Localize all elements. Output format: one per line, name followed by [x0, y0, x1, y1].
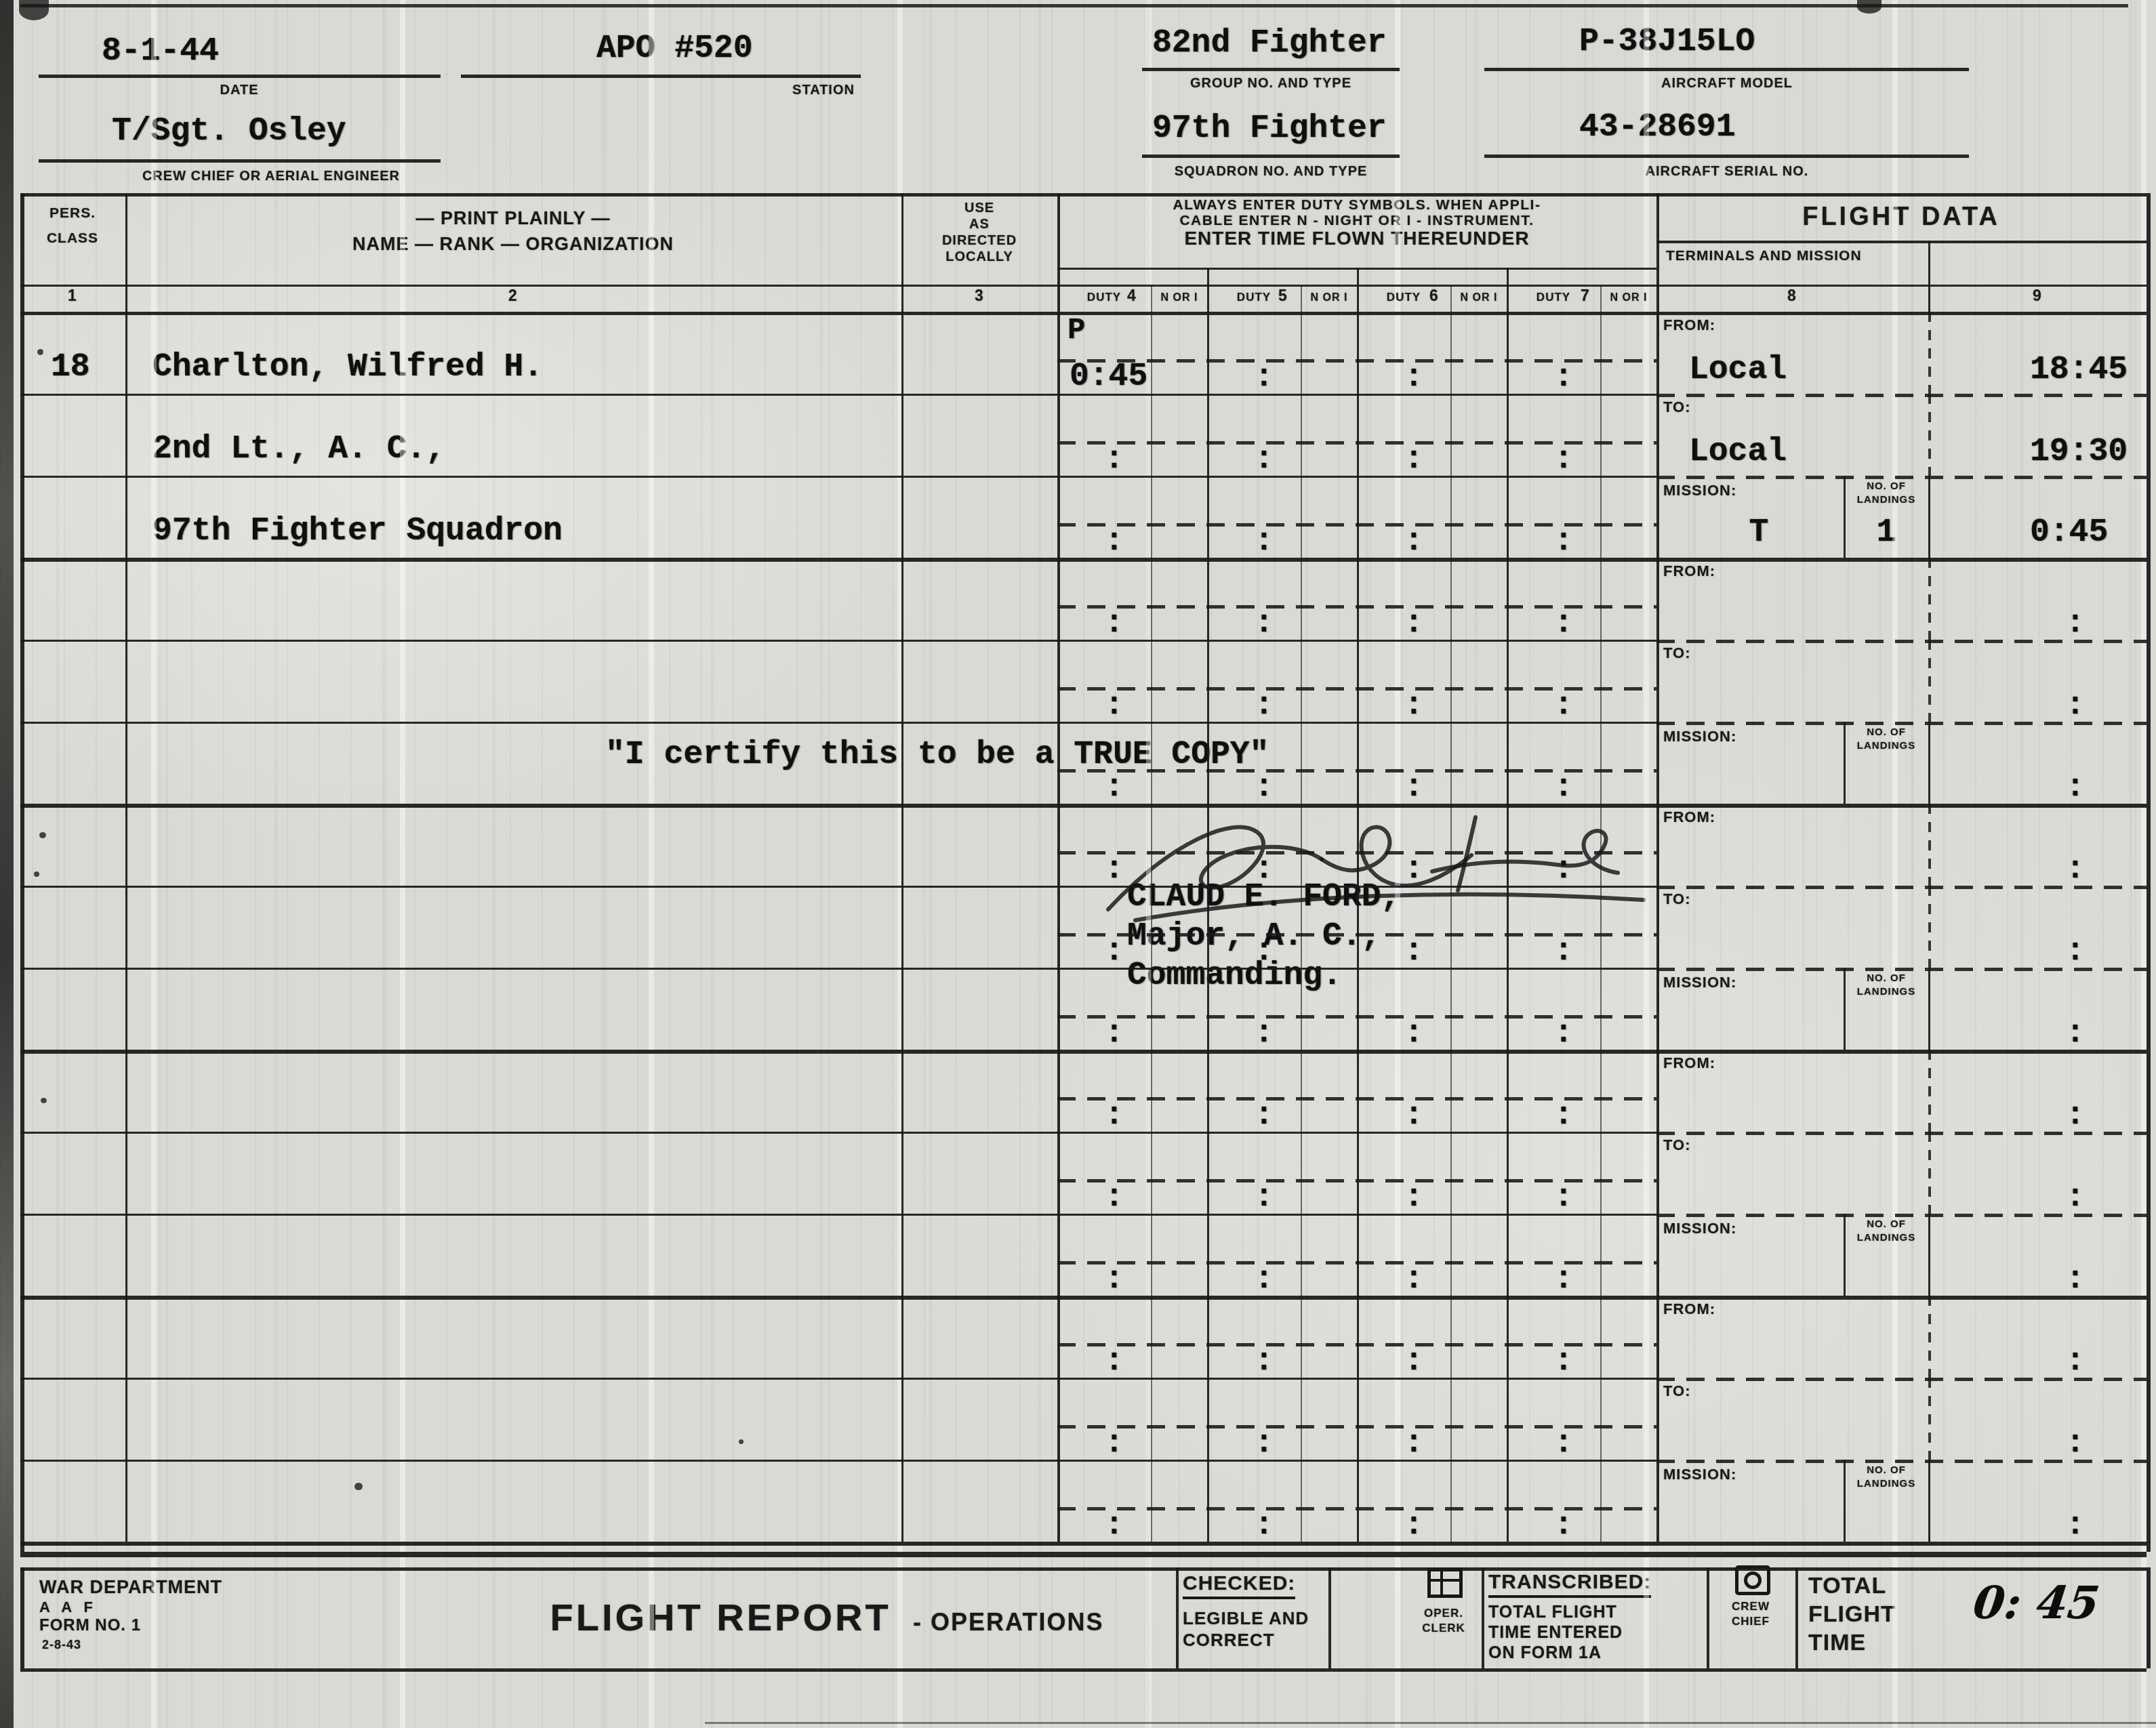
flight-data-title: FLIGHT DATA	[1802, 203, 2000, 232]
printed-colon: :	[1255, 444, 1274, 475]
col1-header-line1: PERS.	[49, 205, 96, 221]
landings-box-border	[1844, 476, 1846, 558]
printed-colon: :	[1105, 690, 1124, 721]
footer-divider	[1328, 1567, 1331, 1668]
landings-label-line2: LANDINGS	[1857, 1233, 1915, 1244]
date-label: DATE	[220, 83, 259, 98]
table-left-border	[20, 193, 24, 1552]
footer-divider	[1482, 1567, 1484, 1668]
landings-label-line2: LANDINGS	[1857, 495, 1915, 506]
from-time-entry: 18:45	[2030, 354, 2128, 386]
transcribed-sub1: TOTAL FLIGHT	[1488, 1603, 1617, 1622]
printed-colon: :	[1554, 936, 1573, 967]
printed-colon: :	[1255, 1100, 1274, 1131]
printed-colon: :	[1554, 772, 1573, 803]
footer-divider	[20, 1567, 24, 1668]
printed-colon: :	[1554, 362, 1573, 393]
printed-colon: :	[1105, 854, 1124, 885]
form-dashed-divider	[1928, 804, 1931, 886]
printed-colon: :	[1404, 854, 1423, 885]
checked-sub2: CORRECT	[1183, 1630, 1275, 1650]
col1-header-line2: CLASS	[47, 230, 98, 246]
from-label: FROM:	[1663, 563, 1715, 579]
printed-colon: :	[2066, 1510, 2085, 1541]
printed-colon: :	[1105, 1264, 1124, 1295]
column-number: 4	[1127, 287, 1137, 304]
form-rule-v	[1928, 241, 1930, 312]
printed-colon: :	[1105, 1428, 1124, 1459]
pers-class-entry: 18	[51, 351, 90, 384]
field-underline	[1142, 155, 1400, 158]
mission-symbol-entry: T	[1749, 516, 1769, 549]
pilot-organization-entry: 97th Fighter Squadron	[152, 515, 563, 548]
nori-subcol-label: N OR I	[1161, 292, 1198, 304]
duty-header-line3: ENTER TIME FLOWN THEREUNDER	[1184, 228, 1529, 249]
duty-header-line1: ALWAYS ENTER DUTY SYMBOLS. WHEN APPLI-	[1173, 197, 1541, 213]
printed-colon: :	[1255, 772, 1274, 803]
scan-speck	[37, 349, 43, 355]
landings-label-line2: LANDINGS	[1857, 987, 1915, 998]
form-rule-h	[20, 394, 1656, 396]
form-rule-v	[1928, 1460, 1930, 1542]
printed-colon: :	[1554, 1346, 1573, 1377]
printed-colon: :	[1105, 608, 1124, 639]
printed-colon: :	[1255, 1510, 1274, 1541]
crew-chief-label: CREW CHIEF OR AERIAL ENGINEER	[142, 169, 400, 184]
form-dashed-rule	[1656, 1378, 2147, 1381]
form-rule-h	[20, 1132, 1656, 1134]
duty-subcol-label: DUTY	[1087, 291, 1121, 304]
transcribed-sub3: ON FORM 1A	[1488, 1644, 1602, 1663]
block-boundary-rule	[20, 1050, 2147, 1054]
footer-agency: WAR DEPARTMENT	[39, 1578, 222, 1598]
flight-report-scan: 8-1-44 DATE APO #520 STATION 82nd Fighte…	[0, 0, 2156, 1728]
footer-divider	[1707, 1567, 1709, 1668]
footer-divider	[1176, 1567, 1179, 1668]
group-label: GROUP NO. AND TYPE	[1190, 76, 1351, 91]
form-dashed-rule	[1656, 1132, 2147, 1135]
printed-colon: :	[1255, 1346, 1274, 1377]
scan-speck	[39, 832, 46, 838]
form-rule-v	[1928, 968, 1930, 1050]
scan-top-line	[20, 4, 2128, 7]
form-rule-h	[20, 1378, 1656, 1380]
footer-divider	[2147, 1567, 2151, 1668]
printed-colon: :	[1105, 526, 1124, 557]
printed-colon: :	[1404, 1264, 1423, 1295]
transcribed-sub2: TIME ENTERED	[1488, 1624, 1623, 1643]
printed-colon: :	[1404, 772, 1423, 803]
checked-sub1: LEGIBLE AND	[1183, 1609, 1309, 1628]
scan-bottom-line	[705, 1722, 2156, 1724]
checked-label: CHECKED:	[1183, 1572, 1295, 1599]
duty-symbol-entry: P	[1067, 316, 1085, 346]
group-value: 82nd Fighter	[1152, 27, 1387, 60]
form-rule-h	[20, 193, 2147, 197]
printed-colon: :	[2066, 1018, 2085, 1049]
col3-header-line4: LOCALLY	[945, 249, 1013, 264]
printed-colon: :	[2066, 1428, 2085, 1459]
field-underline	[1484, 68, 1969, 71]
total-flight-time-value: 0: 45	[1970, 1576, 2102, 1629]
block-boundary-rule	[20, 1296, 2147, 1300]
printed-colon: :	[1105, 936, 1124, 967]
printed-colon: :	[1554, 690, 1573, 721]
mission-label: MISSION:	[1663, 482, 1736, 499]
printed-colon: :	[1105, 1100, 1124, 1131]
oper-clerk-label2: CLERK	[1422, 1622, 1465, 1635]
printed-colon: :	[1404, 1428, 1423, 1459]
form-rule-v	[1207, 268, 1209, 1542]
col3-header-line2: AS	[969, 217, 990, 232]
form-rule-h	[20, 312, 2147, 315]
to-label: TO:	[1663, 1383, 1690, 1399]
form-dashed-rule	[1656, 640, 2147, 643]
form-dashed-rule	[1656, 722, 2147, 725]
form-dashed-divider	[1928, 886, 1931, 968]
from-label: FROM:	[1663, 1301, 1715, 1317]
duty-subcol-divider	[1450, 285, 1452, 1542]
printed-colon: :	[2066, 1100, 2085, 1131]
scan-blob-topleft	[19, 0, 49, 20]
printed-colon: :	[2066, 936, 2085, 967]
printed-colon: :	[1255, 526, 1274, 557]
printed-colon: :	[1105, 1510, 1124, 1541]
printed-colon: :	[1404, 1018, 1423, 1049]
pilot-name-entry: Charlton, Wilfred H.	[152, 351, 543, 384]
total-flight-time-label3: TIME	[1808, 1630, 1866, 1655]
footer-branch: A A F	[39, 1599, 97, 1616]
form-rule-v	[1357, 268, 1359, 1542]
printed-colon: :	[1255, 1018, 1274, 1049]
form-dashed-divider	[1928, 640, 1931, 722]
to-label: TO:	[1663, 1137, 1690, 1153]
landings-label-line2: LANDINGS	[1857, 1479, 1915, 1490]
printed-colon: :	[1404, 936, 1423, 967]
to-label: TO:	[1663, 399, 1690, 415]
landings-label-line1: NO. OF	[1867, 1219, 1906, 1231]
duty-subcol-label: DUTY	[1537, 291, 1570, 304]
form-rule-h	[1656, 241, 2147, 243]
from-label: FROM:	[1663, 317, 1715, 333]
pilot-rank-entry: 2nd Lt., A. C.,	[152, 433, 445, 466]
printed-colon: :	[1404, 690, 1423, 721]
duty-subcol-divider	[1151, 285, 1152, 1542]
printed-colon: :	[2066, 1264, 2085, 1295]
form-dashed-divider	[1928, 1132, 1931, 1214]
printed-colon: :	[1255, 1182, 1274, 1213]
mission-label: MISSION:	[1663, 728, 1736, 745]
form-dashed-rule	[1656, 886, 2147, 889]
landings-entry: 1	[1877, 516, 1896, 549]
certification-statement: "I certify this to be a TRUE COPY"	[605, 739, 1269, 771]
printed-colon: :	[1105, 1018, 1124, 1049]
terminals-mission-label: TERMINALS AND MISSION	[1666, 248, 1862, 264]
col3-header-line1: USE	[964, 201, 994, 215]
scan-left-edge	[0, 0, 14, 1728]
printed-colon: :	[1554, 608, 1573, 639]
crew-chief-value: T/Sgt. Osley	[112, 115, 346, 148]
form-dashed-rule	[1656, 476, 2147, 479]
printed-colon: :	[1554, 1182, 1573, 1213]
form-dashed-rule	[1656, 968, 2147, 971]
signature-title: Commanding.	[1127, 960, 1342, 992]
printed-colon: :	[1105, 444, 1124, 475]
to-label: TO:	[1663, 891, 1690, 907]
landings-label-line1: NO. OF	[1867, 1465, 1906, 1477]
printed-colon: :	[2066, 1182, 2085, 1213]
form-title: FLIGHT REPORT	[550, 1596, 891, 1639]
from-label: FROM:	[1663, 809, 1715, 825]
footer-title-group: FLIGHT REPORT - OPERATIONS	[488, 1597, 1166, 1639]
printed-colon: :	[1404, 608, 1423, 639]
date-value: 8-1-44	[102, 35, 219, 68]
printed-colon: :	[1255, 362, 1274, 393]
aircraft-model-label: AIRCRAFT MODEL	[1661, 76, 1793, 91]
printed-colon: :	[2066, 772, 2085, 803]
form-subtitle: - OPERATIONS	[894, 1608, 1103, 1636]
mission-label: MISSION:	[1663, 1220, 1736, 1237]
form-dashed-divider	[1928, 1296, 1931, 1378]
printed-colon: :	[1404, 526, 1423, 557]
crew-chief-label2: CHIEF	[1732, 1616, 1770, 1628]
printed-colon: :	[1404, 362, 1423, 393]
column-number: 2	[508, 287, 518, 304]
form-dashed-divider	[1928, 1378, 1931, 1460]
printed-colon: :	[1554, 1100, 1573, 1131]
squadron-value: 97th Fighter	[1152, 112, 1387, 145]
duty-header-line2: CABLE ENTER N - NIGHT OR I - INSTRUMENT.	[1179, 213, 1534, 228]
landings-box-border	[1844, 722, 1846, 804]
total-flight-time-label2: FLIGHT	[1808, 1602, 1896, 1627]
form-rule-v	[1928, 476, 1930, 558]
printed-colon: :	[2066, 1346, 2085, 1377]
from-terminal-entry: Local	[1689, 354, 1787, 386]
form-dashed-rule	[1656, 1214, 2147, 1217]
field-underline	[39, 75, 441, 78]
duty-subcol-label: DUTY	[1387, 291, 1421, 304]
column-number: 1	[68, 287, 77, 304]
printed-colon: :	[2066, 690, 2085, 721]
printed-colon: :	[1404, 1510, 1423, 1541]
mission-label: MISSION:	[1663, 1466, 1736, 1483]
form-rule-h	[20, 1668, 2147, 1672]
serial-label: AIRCRAFT SERIAL NO.	[1646, 164, 1809, 179]
printed-colon: :	[1554, 526, 1573, 557]
column-number: 5	[1278, 287, 1288, 304]
footer-form-no: FORM NO. 1	[39, 1617, 141, 1634]
mission-time-entry: 0:45	[2030, 516, 2108, 549]
printed-colon: :	[1554, 1264, 1573, 1295]
column-number: 7	[1581, 287, 1590, 304]
serial-value: 43-28691	[1579, 111, 1735, 144]
field-underline	[39, 159, 441, 163]
to-label: TO:	[1663, 645, 1690, 661]
scan-speck	[34, 871, 39, 877]
printed-colon: :	[1105, 1182, 1124, 1213]
col2-header-line1: — PRINT PLAINLY —	[415, 209, 610, 229]
printed-colon: :	[1554, 444, 1573, 475]
field-underline	[461, 75, 861, 78]
printed-colon: :	[1255, 1428, 1274, 1459]
nori-subcol-label: N OR I	[1461, 292, 1498, 304]
form-rule-h	[20, 640, 1656, 642]
printed-colon: :	[1105, 772, 1124, 803]
form-dashed-divider	[1928, 312, 1931, 394]
table-bottom-rule	[20, 1552, 2147, 1557]
col2-header-line2: NAME — RANK — ORGANIZATION	[352, 234, 674, 255]
col3-header-line3: DIRECTED	[942, 233, 1017, 248]
printed-colon: :	[1255, 854, 1274, 885]
form-rule-v	[1507, 268, 1509, 1542]
nori-subcol-label: N OR I	[1610, 292, 1648, 304]
form-rule-h	[20, 1214, 1656, 1216]
printed-colon: :	[1554, 1428, 1573, 1459]
form-rule-h	[20, 285, 2147, 287]
landings-label-line1: NO. OF	[1867, 727, 1906, 739]
field-underline	[1484, 155, 1969, 158]
column-number: 9	[2033, 287, 2042, 304]
duty-subcol-divider	[1600, 285, 1602, 1542]
mission-label: MISSION:	[1663, 974, 1736, 991]
form-dashed-divider	[1928, 394, 1931, 476]
table-right-border	[2147, 193, 2151, 1552]
duty-time-entry: 0:45	[1070, 361, 1147, 393]
column-number: 3	[975, 287, 984, 304]
form-dashed-divider	[1928, 558, 1931, 640]
block-boundary-rule	[20, 804, 2147, 808]
scan-speck	[354, 1483, 363, 1490]
form-dashed-rule	[1656, 1460, 2147, 1463]
from-label: FROM:	[1663, 1055, 1715, 1071]
landings-label-line2: LANDINGS	[1857, 741, 1915, 752]
field-underline	[1142, 68, 1400, 71]
form-rule-h	[20, 1567, 2147, 1571]
transcribed-label: TRANSCRIBED:	[1488, 1571, 1651, 1598]
printed-colon: :	[2066, 608, 2085, 639]
duty-subcol-label: DUTY	[1237, 291, 1271, 304]
printed-colon: :	[1105, 1346, 1124, 1377]
scan-speck	[41, 1098, 47, 1103]
landings-box-border	[1844, 968, 1846, 1050]
printed-colon: :	[1554, 1018, 1573, 1049]
scan-speck	[739, 1439, 744, 1444]
form-dashed-divider	[1928, 1050, 1931, 1132]
printed-colon: :	[1404, 1100, 1423, 1131]
form-rule-h	[20, 886, 1656, 888]
oper-clerk-label1: OPER.	[1424, 1607, 1463, 1620]
station-value: APO #520	[596, 33, 752, 65]
total-flight-time-label1: TOTAL	[1808, 1573, 1886, 1599]
form-rule-v	[1928, 722, 1930, 804]
printed-colon: :	[1255, 1264, 1274, 1295]
printed-colon: :	[1404, 1346, 1423, 1377]
footer-revision: 2-8-43	[42, 1639, 81, 1652]
printed-colon: :	[1404, 1182, 1423, 1213]
printed-colon: :	[1554, 854, 1573, 885]
to-terminal-entry: Local	[1689, 436, 1787, 468]
printed-colon: :	[1255, 936, 1274, 967]
landings-box-border	[1844, 1214, 1846, 1296]
block-boundary-rule	[20, 1542, 2147, 1546]
form-rule-h	[20, 476, 1656, 478]
squadron-label: SQUADRON NO. AND TYPE	[1175, 164, 1368, 179]
block-boundary-rule	[20, 558, 2147, 562]
printed-colon: :	[1255, 690, 1274, 721]
column-number: 8	[1787, 287, 1797, 304]
printed-colon: :	[1554, 1510, 1573, 1541]
form-rule-h	[20, 1460, 1656, 1462]
station-label: STATION	[792, 83, 855, 98]
column-number: 6	[1429, 287, 1439, 304]
form-rule-v	[1928, 1214, 1930, 1296]
printed-colon: :	[1255, 608, 1274, 639]
nori-subcol-label: N OR I	[1311, 292, 1348, 304]
duty-subcol-divider	[1301, 285, 1302, 1542]
form-rule-h	[20, 968, 1656, 970]
form-dashed-rule	[1656, 394, 2147, 397]
printed-colon: :	[2066, 854, 2085, 885]
to-time-entry: 19:30	[2030, 436, 2128, 468]
landings-box-border	[1844, 1460, 1846, 1542]
footer-divider	[1795, 1567, 1798, 1668]
printed-colon: :	[1404, 444, 1423, 475]
landings-label-line1: NO. OF	[1867, 481, 1906, 493]
landings-label-line1: NO. OF	[1867, 973, 1906, 985]
crew-chief-label1: CREW	[1732, 1601, 1770, 1613]
oper-clerk-stamp-icon	[1427, 1568, 1463, 1598]
aircraft-model-value: P-38J15LO	[1579, 26, 1755, 58]
form-rule-h	[20, 722, 1656, 724]
